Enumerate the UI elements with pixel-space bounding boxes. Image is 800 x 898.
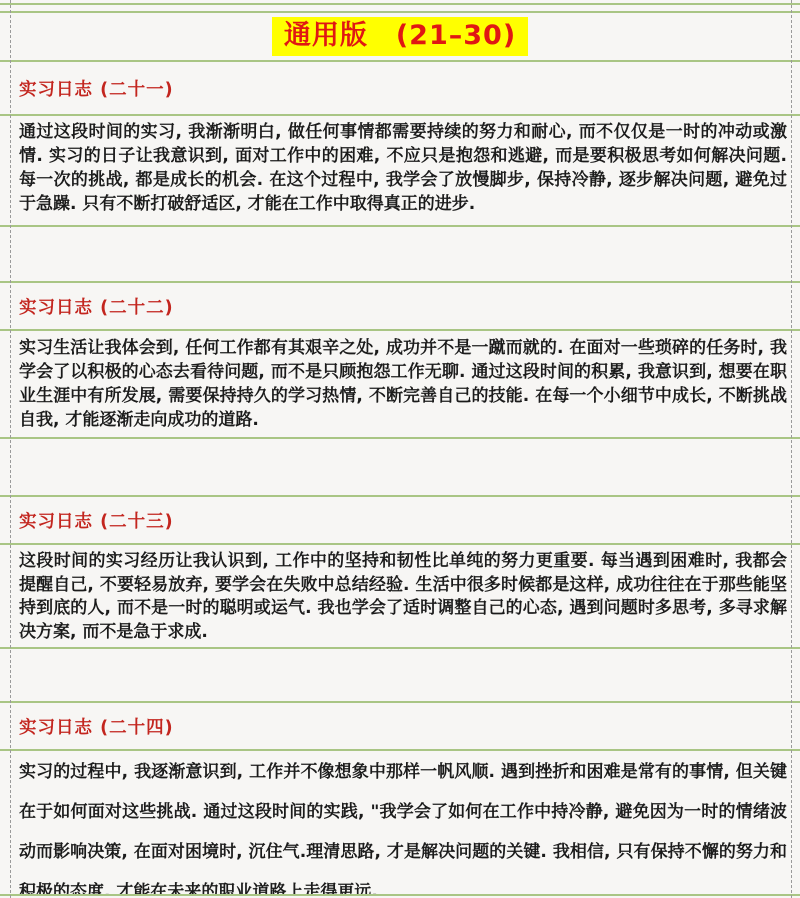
section-1-body: 通过这段时间的实习, 我渐渐明白, 做任何事情都需要持续的努力和耐心, 而不仅仅… bbox=[0, 114, 800, 225]
section-3-body: 这段时间的实习经历让我认识到, 工作中的坚持和韧性比单纯的努力更重要. 每当遇到… bbox=[0, 543, 800, 647]
empty-row bbox=[0, 225, 800, 281]
bottom-rule bbox=[0, 894, 800, 898]
section-2-body: 实习生活让我体会到, 任何工作都有其艰辛之处, 成功并不是一蹴而就的. 在面对一… bbox=[0, 329, 800, 437]
section-3-heading: 实习日志 (二十三) bbox=[19, 508, 174, 533]
section-4-body: 实习的过程中, 我逐渐意识到, 工作并不像想象中那样一帆风顺. 遇到挫折和困难是… bbox=[0, 749, 800, 894]
section-heading-row: 实习日志 (二十三) bbox=[0, 495, 800, 543]
page-title: 通用版 (21–30) bbox=[272, 17, 528, 56]
section-heading-row: 实习日志 (二十四) bbox=[0, 701, 800, 749]
top-double-rule bbox=[0, 3, 800, 13]
section-4-heading: 实习日志 (二十四) bbox=[19, 714, 174, 739]
section-heading-row: 实习日志 (二十一) bbox=[0, 60, 800, 114]
left-dashed-guide bbox=[10, 0, 11, 898]
empty-row bbox=[0, 437, 800, 495]
empty-row bbox=[0, 647, 800, 701]
right-dashed-guide bbox=[791, 0, 792, 898]
section-heading-row: 实习日志 (二十二) bbox=[0, 281, 800, 329]
title-row: 通用版 (21–30) bbox=[0, 13, 800, 60]
section-2-heading: 实习日志 (二十二) bbox=[19, 294, 174, 319]
document-page: 通用版 (21–30) 实习日志 (二十一) 通过这段时间的实习, 我渐渐明白,… bbox=[0, 0, 800, 898]
section-1-heading: 实习日志 (二十一) bbox=[19, 76, 174, 101]
